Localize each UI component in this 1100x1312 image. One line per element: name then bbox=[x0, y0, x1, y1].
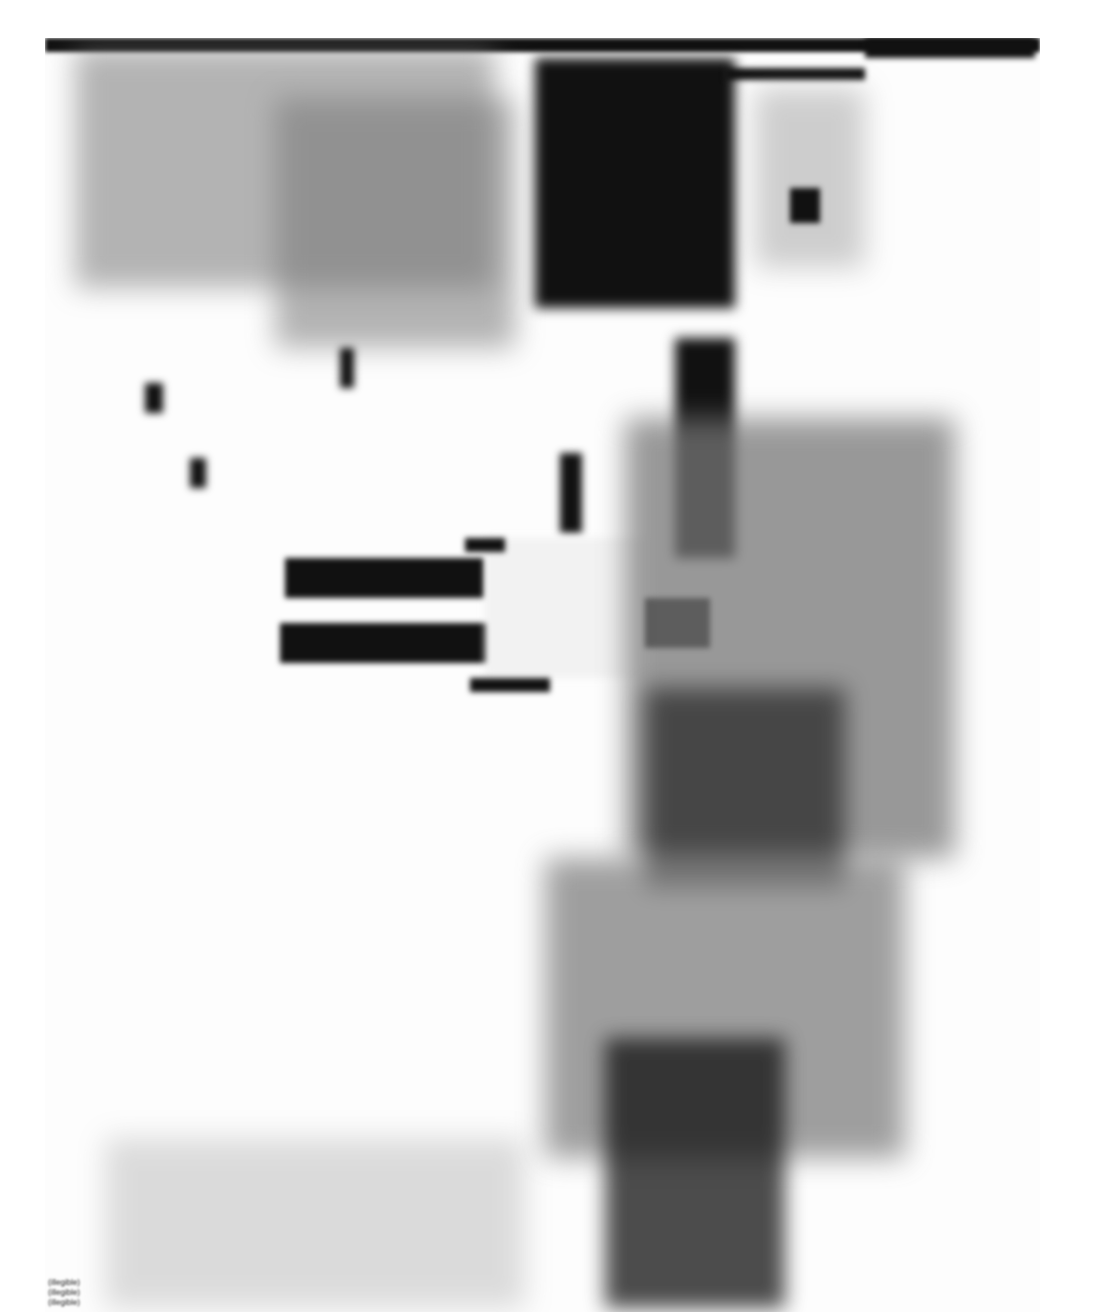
mark bbox=[340, 348, 354, 388]
building-window bbox=[790, 188, 820, 223]
person-leg-upper bbox=[285, 558, 485, 598]
building-beam bbox=[865, 38, 1035, 58]
caption-line: (illegible) bbox=[48, 1288, 80, 1298]
person-hand bbox=[465, 538, 505, 552]
dark-tree-region bbox=[535, 58, 735, 308]
caption-line: (illegible) bbox=[48, 1298, 80, 1308]
mark bbox=[190, 458, 206, 488]
watermark-caption: (illegible) (illegible) (illegible) bbox=[48, 1278, 80, 1308]
tree-trunk-bottom bbox=[605, 1038, 785, 1308]
mark bbox=[560, 453, 582, 533]
building-roofline bbox=[725, 68, 865, 80]
photo-area bbox=[45, 38, 1040, 1312]
ground-texture bbox=[105, 1138, 525, 1308]
mark bbox=[145, 383, 163, 413]
person-shirt bbox=[485, 538, 645, 678]
caption-line: (illegible) bbox=[48, 1278, 80, 1288]
person-hand bbox=[470, 678, 550, 692]
foliage-upper bbox=[275, 98, 515, 348]
building-wall bbox=[755, 88, 865, 268]
person-leg-lower bbox=[280, 623, 490, 663]
